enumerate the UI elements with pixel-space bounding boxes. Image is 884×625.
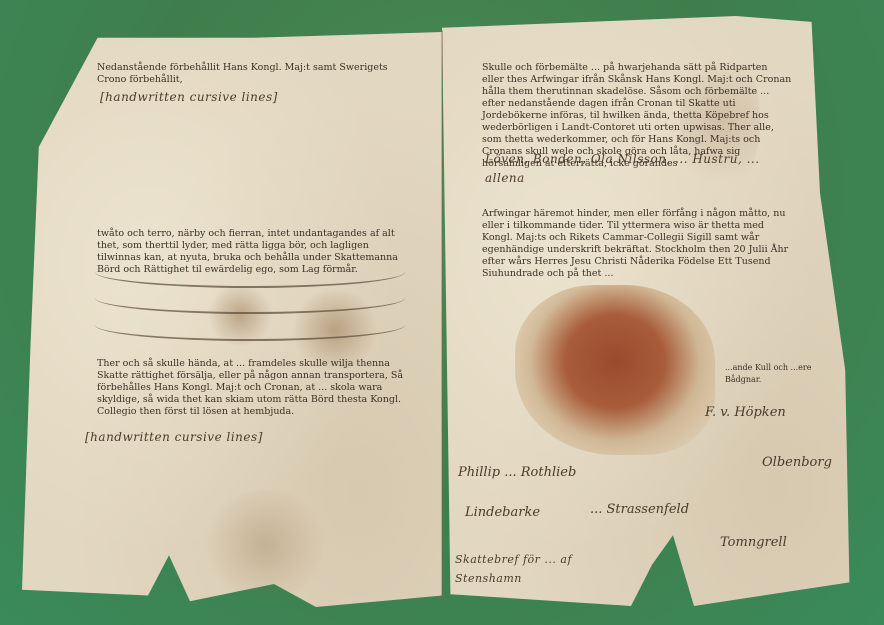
left-print-middle: twåto och terro, närby och fierran, inte… <box>97 228 407 276</box>
left-handwriting-top: [handwritten cursive lines] <box>100 88 400 218</box>
handwriting: [handwritten cursive lines] <box>100 90 278 104</box>
signature: F. v. Höpken <box>705 405 786 420</box>
right-print-middle: Arfwingar häremot hinder, men eller förf… <box>482 208 792 280</box>
left-print-top: Nedanstående förbehållit Hans Kongl. Maj… <box>97 62 407 86</box>
signature: Phillip ... Rothlieb <box>458 465 576 480</box>
signature: Lindebarke <box>465 505 540 520</box>
signature: Tomngrell <box>720 535 787 550</box>
page-fold <box>441 30 443 605</box>
right-handwriting-names: Löven, Bonden, Ola Nilsson, ... Hustru, … <box>485 150 785 188</box>
right-print-partial: ...ande Kull och ...ere Bådgnar. <box>725 362 825 386</box>
stain <box>200 490 330 600</box>
wax-seal <box>515 285 715 455</box>
left-handwriting-bottom: [handwritten cursive lines] <box>85 428 405 447</box>
signature: ... Strassenfeld <box>590 502 689 517</box>
right-handwriting-bottom: Skattebref för ... af Stenshamn <box>455 550 605 588</box>
left-print-lower: Ther och så skulle hända, at ... framdel… <box>97 358 407 418</box>
signature: Olbenborg <box>762 455 832 470</box>
